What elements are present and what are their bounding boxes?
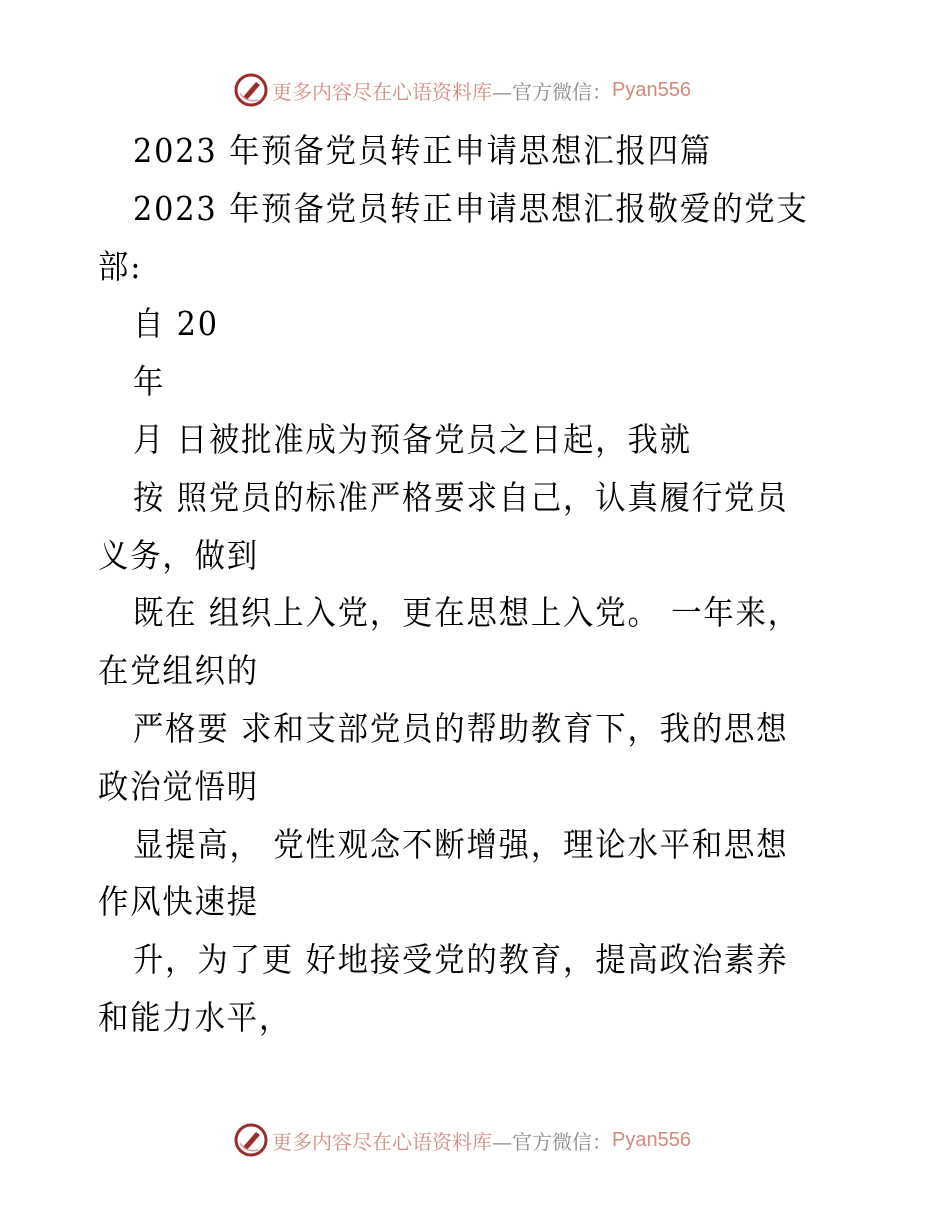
pen-logo-icon (234, 73, 268, 107)
banner-promo-text: 更多内容尽在心语资料库 (272, 1126, 492, 1155)
text-line: 政治觉悟明 (98, 758, 779, 816)
header-banner: 更多内容尽在心语资料库 —官方微信： Pyan556 (234, 70, 691, 110)
banner-wechat-label: —官方微信： (492, 1126, 612, 1155)
text-line: 年 (98, 353, 779, 411)
text-line: 部: (98, 238, 779, 296)
banner-wechat-label: —官方微信： (492, 76, 612, 105)
banner-promo-text: 更多内容尽在心语资料库 (272, 76, 492, 105)
text-line: 严格要 求和支部党员的帮助教育下，我的思想 (98, 700, 779, 758)
text-line: 自 20 (98, 295, 779, 353)
text-line: 和能力水平， (98, 989, 779, 1047)
text-line: 升，为了更 好地接受党的教育，提高政治素养 (98, 931, 779, 989)
document-title: 2023 年预备党员转正申请思想汇报四篇 (98, 122, 779, 180)
text-line: 按 照党员的标准严格要求自己，认真履行党员 (98, 469, 779, 527)
text-line: 月 日被批准成为预备党员之日起，我就 (98, 411, 779, 469)
banner-wechat-id: Pyan556 (612, 79, 691, 102)
document-body: 2023 年预备党员转正申请思想汇报四篇 2023 年预备党员转正申请思想汇报敬… (98, 122, 838, 1047)
pen-logo-icon (234, 1123, 268, 1157)
text-line: 既在 组织上入党，更在思想上入党。 一年来， (98, 584, 779, 642)
footer-banner: 更多内容尽在心语资料库 —官方微信： Pyan556 (234, 1120, 691, 1160)
text-line: 在党组织的 (98, 642, 779, 700)
text-line: 义务，做到 (98, 527, 779, 585)
banner-wechat-id: Pyan556 (612, 1129, 691, 1152)
text-line: 显提高， 党性观念不断增强，理论水平和思想 (98, 816, 779, 874)
text-line: 作风快速提 (98, 873, 779, 931)
text-line: 2023 年预备党员转正申请思想汇报敬爱的党支 (98, 180, 779, 238)
